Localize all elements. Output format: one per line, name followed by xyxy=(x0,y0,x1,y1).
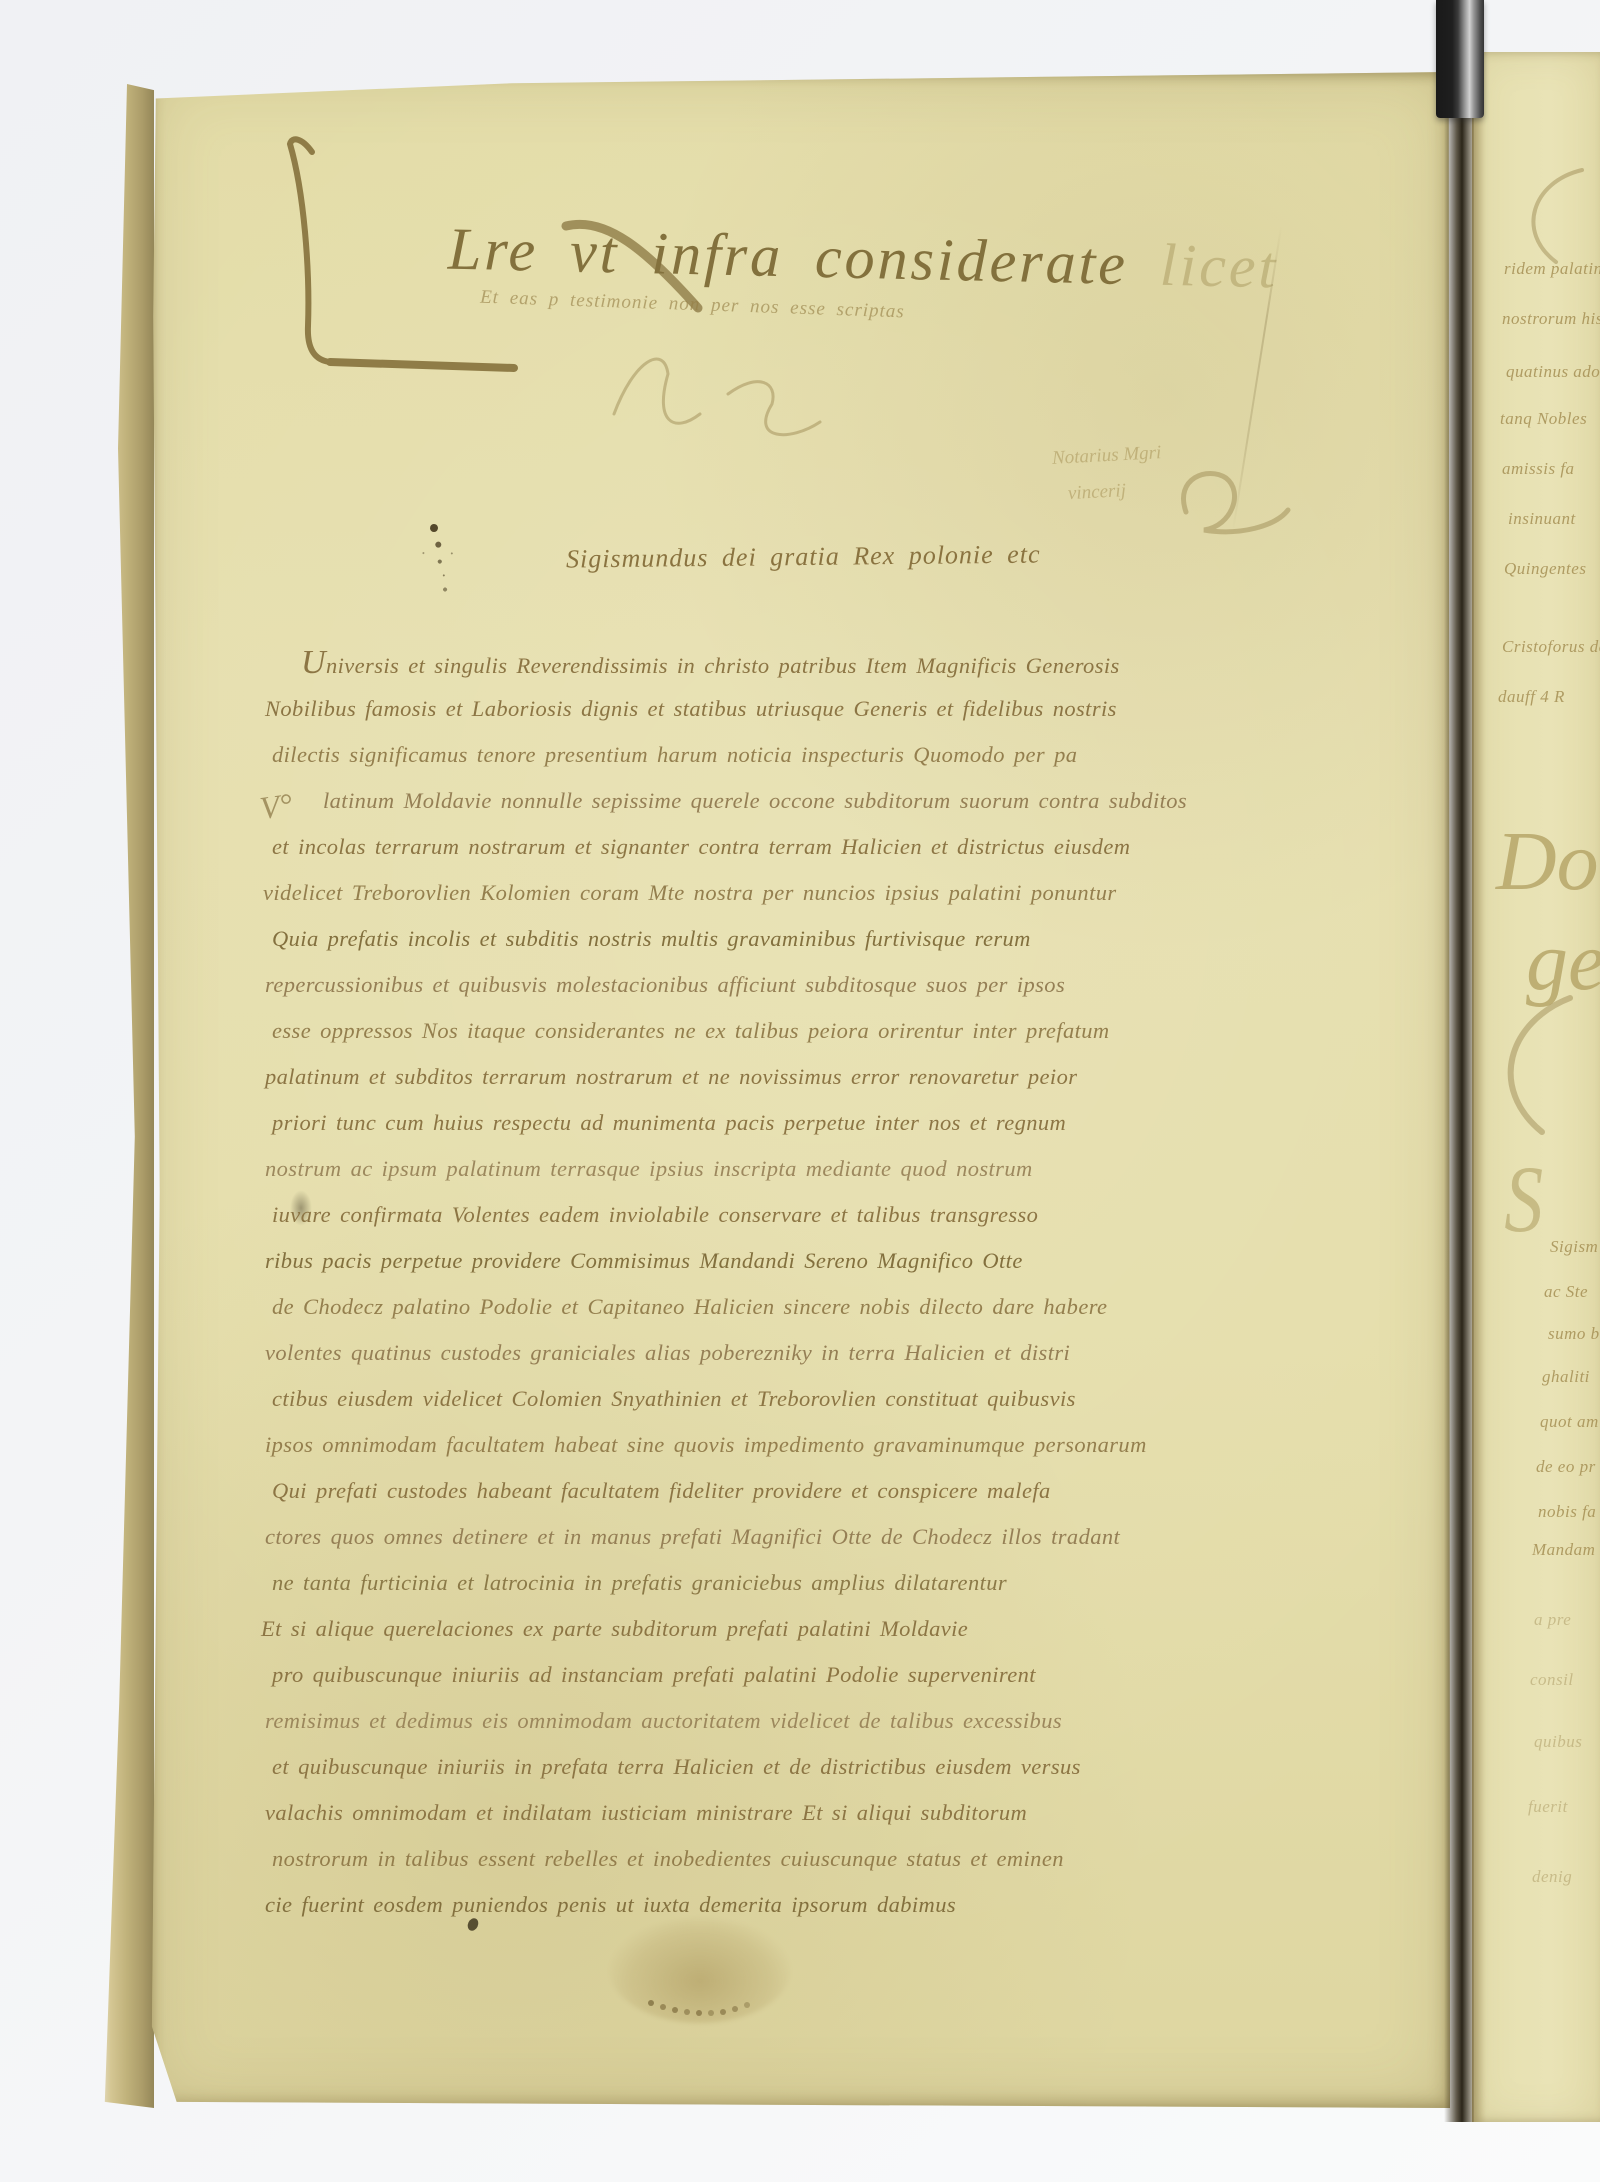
manuscript-line: latinum Moldavie nonnulle sepissime quer… xyxy=(323,778,1333,824)
recto-fragment: quot am xyxy=(1540,1412,1599,1432)
recto-fragment: tanq Nobles xyxy=(1500,409,1587,429)
manuscript-line: Quia prefatis incolis et subditis nostri… xyxy=(272,916,1333,962)
manuscript-line: ne tanta furticinia et latrocinia in pre… xyxy=(272,1560,1333,1606)
recto-fragment: nostrorum hist xyxy=(1502,309,1600,329)
manuscript-line: remisimus et dedimus eis omnimodam aucto… xyxy=(265,1698,1333,1744)
royal-intitulatio: Sigismundus dei gratia Rex polonie etc xyxy=(566,540,1041,575)
recto-fragment: insinuant xyxy=(1508,509,1576,529)
manuscript-line: nostrorum in talibus essent rebelles et … xyxy=(272,1836,1333,1882)
recto-fragment: denig xyxy=(1532,1867,1572,1887)
fore-edge-stack xyxy=(94,84,154,2108)
recto-fragment: ac Ste xyxy=(1544,1282,1588,1302)
recto-fragment: Quingentes xyxy=(1504,559,1586,579)
manuscript-line: ctibus eiusdem videlicet Colomien Snyath… xyxy=(272,1376,1333,1422)
manuscript-line: dilectis significamus tenore presentium … xyxy=(272,732,1333,778)
notary-note: Notarius Mgri vincerij xyxy=(1051,435,1164,513)
ink-blot xyxy=(428,522,439,533)
notary-note-line2: vincerij xyxy=(1067,471,1164,512)
recto-fragment: Sigism xyxy=(1550,1237,1598,1257)
heading-main: Lre vt infra considerate xyxy=(447,216,1128,297)
manuscript-scan: Lre vt infra considerate licet Et eas p … xyxy=(0,0,1600,2182)
recto-fragment: Mandam xyxy=(1532,1540,1595,1560)
manuscript-line: cie fuerint eosdem puniendos penis ut iu… xyxy=(265,1882,1333,1928)
manuscript-line: Et si alique querelaciones ex parte subd… xyxy=(261,1606,1333,1652)
recto-fragment: nobis fa xyxy=(1538,1502,1596,1522)
manuscript-line: Universis et singulis Reverendissimis in… xyxy=(301,640,1333,686)
manuscript-line: videlicet Treborovlien Kolomien coram Mt… xyxy=(263,870,1333,916)
letter-body: Universis et singulis Reverendissimis in… xyxy=(265,640,1333,1928)
recto-large-initial: Do xyxy=(1496,820,1599,904)
flourish-icon xyxy=(1478,992,1588,1142)
stain-speckles xyxy=(648,2000,654,2006)
page-holder-rod xyxy=(1436,0,1484,118)
recto-fragment: dauff 4 R xyxy=(1498,687,1565,707)
manuscript-line: priori tunc cum huius respectu ad munime… xyxy=(272,1100,1333,1146)
recto-fragment: amissis fa xyxy=(1502,459,1575,479)
manuscript-line: valachis omnimodam et indilatam iusticia… xyxy=(265,1790,1333,1836)
manuscript-line: esse oppressos Nos itaque considerantes … xyxy=(272,1008,1333,1054)
manuscript-line: palatinum et subditos terrarum nostrarum… xyxy=(265,1054,1333,1100)
manuscript-line: iuvare confirmata Volentes eadem inviola… xyxy=(272,1192,1333,1238)
manuscript-line: volentes quatinus custodes graniciales a… xyxy=(265,1330,1333,1376)
recto-large-initial: S xyxy=(1504,1152,1543,1247)
recto-fragment: a pre xyxy=(1534,1610,1571,1630)
manuscript-line: repercussionibus et quibusvis molestacio… xyxy=(265,962,1333,1008)
manuscript-line: Qui prefati custodes habeant facultatem … xyxy=(272,1468,1333,1514)
manuscript-line: nostrum ac ipsum palatinum terrasque ips… xyxy=(265,1146,1333,1192)
manuscript-line: pro quibuscunque iniuriis ad instanciam … xyxy=(272,1652,1333,1698)
manuscript-line: et quibuscunque iniuriis in prefata terr… xyxy=(272,1744,1333,1790)
recto-fragment: de eo pr xyxy=(1536,1457,1596,1477)
recto-fragment: fuerit xyxy=(1528,1797,1568,1817)
heading-faded-word: licet xyxy=(1159,232,1279,301)
manuscript-line: ipsos omnimodam facultatem habeat sine q… xyxy=(265,1422,1333,1468)
water-stain xyxy=(610,1918,790,2023)
flourish-icon xyxy=(1502,162,1592,272)
notary-note-line1: Notarius Mgri xyxy=(1051,435,1162,477)
manuscript-line: de Chodecz palatino Podolie et Capitaneo… xyxy=(272,1284,1333,1330)
recto-fragment: quibus xyxy=(1534,1732,1582,1752)
binding-gutter-shadow xyxy=(1444,56,1474,2122)
manuscript-line: ribus pacis perpetue providere Commisimu… xyxy=(265,1238,1333,1284)
recto-fragment: Cristoforus de xyxy=(1502,637,1600,657)
manuscript-line: ctores quos omnes detinere et in manus p… xyxy=(265,1514,1333,1560)
recto-fragment: sumo b xyxy=(1548,1324,1600,1344)
recto-fragment: ridem palatino xyxy=(1504,259,1600,279)
recto-fragment: ghaliti xyxy=(1542,1367,1590,1387)
recto-fragment: consil xyxy=(1530,1670,1574,1690)
pen-trial-squiggle-icon xyxy=(600,330,840,460)
manuscript-line: et incolas terrarum nostrarum et signant… xyxy=(272,824,1333,870)
manuscript-page-left: Lre vt infra considerate licet Et eas p … xyxy=(148,72,1450,2108)
manuscript-line: Nobilibus famosis et Laboriosis dignis e… xyxy=(265,686,1333,732)
recto-fragment: quatinus ador xyxy=(1506,362,1600,382)
manuscript-page-right-edge: ridem palatino nostrorum hist quatinus a… xyxy=(1472,52,1600,2122)
